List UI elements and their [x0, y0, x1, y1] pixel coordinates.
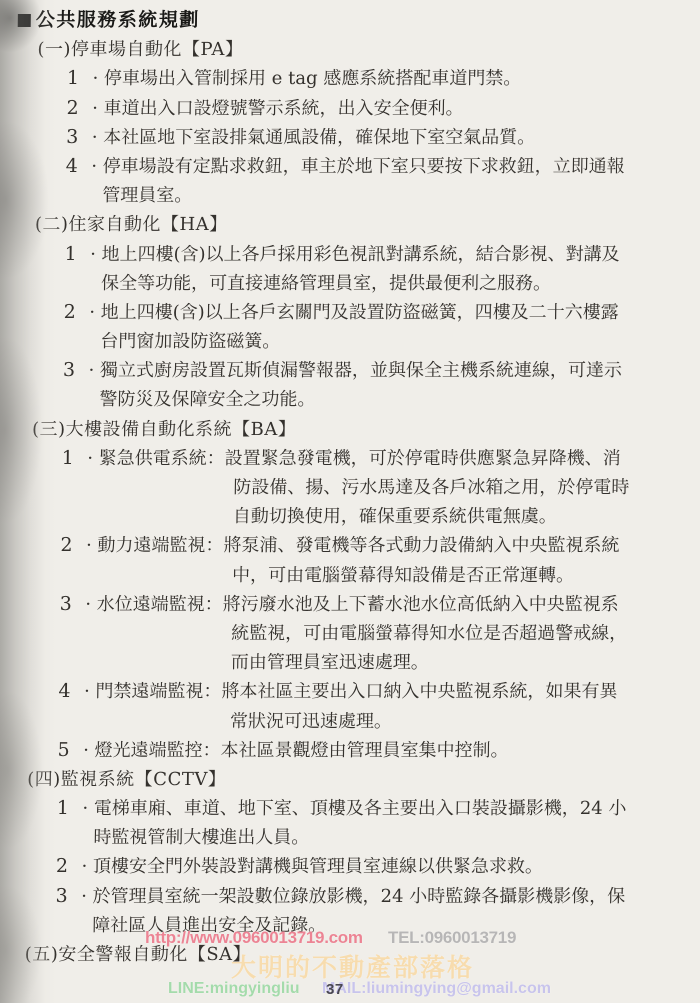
item-number: 1	[61, 444, 81, 473]
item-text: 防設備、揚、污水馬達及各戶冰箱之用，於停電時	[233, 477, 629, 498]
item-number: 1	[64, 240, 84, 269]
item-separator-dot: ·	[76, 852, 93, 881]
list-item: 4·停車場設有定點求救鈕，車主於地下室只要按下求救鈕，立即通報	[0, 152, 698, 181]
item-separator-dot: ·	[87, 64, 104, 93]
document-title-row: 公共服務系統規劃	[0, 6, 700, 35]
section-label: (四)監視系統【CCTV】	[27, 769, 226, 790]
item-separator-dot: ·	[77, 794, 94, 823]
continuation-line: 防設備、揚、污水馬達及各戶冰箱之用，於停電時	[0, 473, 693, 502]
continuation-line: 保全等功能，可直接連絡管理員室，提供最便利之服務。	[0, 269, 696, 298]
section-label: (一)停車場自動化【PA】	[37, 39, 243, 60]
item-text: 燈光遠端監控：本社區景觀燈由管理員室集中控制。	[94, 740, 508, 761]
list-item: 5·燈光遠端監控：本社區景觀燈由管理員室集中控制。	[0, 736, 690, 765]
list-item: 3·本社區地下室設排氣通風設備，確保地下室空氣品質。	[0, 123, 698, 152]
item-text: 本社區地下室設排氣通風設備，確保地下室空氣品質。	[103, 127, 535, 148]
page-title: 公共服務系統規劃	[36, 9, 200, 31]
item-text: 地上四樓(含)以上各戶採用彩色視訊對講系統，結合影視、對講及	[101, 244, 619, 265]
item-number: 1	[57, 794, 77, 823]
list-item: 2·動力遠端監視：將泵浦、發電機等各式動力設備納入中央監視系統	[0, 531, 693, 560]
list-item: 3·獨立式廚房設置瓦斯偵漏警報器，並與保全主機系統連線，可達示	[0, 356, 695, 385]
watermark-phone: TEL:0960013719	[388, 928, 516, 948]
item-number: 4	[66, 152, 86, 181]
item-text: 停車場出入管制採用 e tag 感應系統搭配車道門禁。	[104, 68, 522, 89]
item-separator-dot: ·	[86, 152, 103, 181]
continuation-line: 中，可由電腦螢幕得知設備是否正常運轉。	[0, 561, 692, 590]
item-separator-dot: ·	[80, 531, 97, 560]
item-text: 車道出入口設燈號警示系統，出入安全便利。	[103, 98, 463, 119]
item-separator-dot: ·	[77, 736, 94, 765]
item-separator-dot: ·	[78, 677, 95, 706]
item-number: 3	[55, 882, 75, 911]
item-separator-dot: ·	[84, 298, 101, 327]
item-text: 常狀況可迅速處理。	[230, 711, 392, 732]
item-text: 警防災及保障安全之功能。	[99, 389, 315, 410]
item-number: 5	[57, 736, 77, 765]
continuation-line: 警防災及保障安全之功能。	[0, 385, 695, 414]
section-label: (三)大樓設備自動化系統【BA】	[32, 419, 297, 440]
list-item: 1·緊急供電系統：設置緊急發電機，可於停電時供應緊急昇降機、消	[0, 444, 694, 473]
item-number: 1	[67, 64, 87, 93]
item-separator-dot: ·	[75, 882, 92, 911]
item-text: 門禁遠端監視：將本社區主要出入口納入中央監視系統，如果有異	[95, 681, 617, 702]
item-separator-dot: ·	[79, 590, 96, 619]
item-number: 2	[56, 852, 76, 881]
item-text: 電梯車廂、車道、地下室、頂樓及各主要出入口裝設攝影機，24 小	[94, 798, 627, 819]
section-heading: (四)監視系統【CCTV】	[0, 765, 689, 794]
item-text: 於管理員室統一架設數位錄放影機，24 小時監錄各攝影機影像，保	[92, 886, 625, 907]
item-text: 管理員室。	[102, 185, 192, 206]
item-text: 台門窗加設防盜磁簧。	[100, 331, 280, 352]
document-body: 公共服務系統規劃(一)停車場自動化【PA】1·停車場出入管制採用 e tag 感…	[0, 6, 700, 969]
section-heading: (一)停車場自動化【PA】	[0, 35, 700, 64]
item-text: 頂樓安全門外裝設對講機與管理員室連線以供緊急求救。	[93, 856, 543, 877]
watermark-line-id: LINE:mingyingliu	[168, 980, 300, 998]
section-heading: (三)大樓設備自動化系統【BA】	[0, 415, 694, 444]
item-text: 而由管理員室迅速處理。	[231, 652, 429, 673]
watermark-blog-name: 大明的不動產部落格	[231, 948, 474, 984]
square-bullet-icon	[18, 14, 31, 27]
item-text: 統監視，可由電腦螢幕得知水位是否超過警戒線，	[231, 623, 627, 644]
item-text: 動力遠端監視：將泵浦、發電機等各式動力設備納入中央監視系統	[97, 535, 619, 556]
continuation-line: 而由管理員室迅速處理。	[0, 648, 691, 677]
continuation-line: 統監視，可由電腦螢幕得知水位是否超過警戒線，	[0, 619, 691, 648]
item-text: 水位遠端監視：將污廢水池及上下蓄水池水位高低納入中央監視系	[96, 594, 618, 615]
item-number: 4	[58, 677, 78, 706]
item-text: 緊急供電系統：設置緊急發電機，可於停電時供應緊急昇降機、消	[99, 448, 621, 469]
list-item: 4·門禁遠端監視：將本社區主要出入口納入中央監視系統，如果有異	[0, 677, 691, 706]
continuation-line: 時監視管制大樓進出人員。	[0, 823, 689, 852]
item-text: 自動切換使用，確保重要系統供電無虞。	[233, 506, 557, 527]
item-number: 2	[60, 531, 80, 560]
list-item: 1·地上四樓(含)以上各戶採用彩色視訊對講系統，結合影視、對講及	[0, 240, 697, 269]
item-separator-dot: ·	[86, 123, 103, 152]
item-text: 地上四樓(含)以上各戶玄關門及設置防盜磁簧，四樓及二十六樓露	[101, 302, 619, 323]
section-heading: (二)住家自動化【HA】	[0, 210, 697, 239]
watermark-email: MAIL:liumingying@gmail.com	[322, 980, 551, 998]
scanned-document-page: 公共服務系統規劃(一)停車場自動化【PA】1·停車場出入管制採用 e tag 感…	[0, 0, 700, 1003]
list-item: 1·停車場出入管制採用 e tag 感應系統搭配車道門禁。	[0, 64, 699, 93]
watermark-url: http://www.0960013719.com	[145, 928, 363, 948]
item-text: 保全等功能，可直接連絡管理員室，提供最便利之服務。	[101, 273, 551, 294]
item-number: 3	[63, 356, 83, 385]
list-item: 3·於管理員室統一架設數位錄放影機，24 小時監錄各攝影機影像，保	[0, 882, 688, 911]
item-text: 時監視管制大樓進出人員。	[93, 827, 309, 848]
item-text: 獨立式廚房設置瓦斯偵漏警報器，並與保全主機系統連線，可達示	[100, 360, 622, 381]
item-separator-dot: ·	[84, 240, 101, 269]
item-separator-dot: ·	[83, 356, 100, 385]
page-number: 37	[326, 981, 344, 998]
list-item: 1·電梯車廂、車道、地下室、頂樓及各主要出入口裝設攝影機，24 小	[0, 794, 689, 823]
continuation-line: 台門窗加設防盜磁簧。	[0, 327, 696, 356]
continuation-line: 常狀況可迅速處理。	[0, 707, 690, 736]
list-item: 3·水位遠端監視：將污廢水池及上下蓄水池水位高低納入中央監視系	[0, 590, 692, 619]
item-text: 停車場設有定點求救鈕，車主於地下室只要按下求救鈕，立即通報	[103, 156, 625, 177]
list-item: 2·頂樓安全門外裝設對講機與管理員室連線以供緊急求救。	[0, 852, 688, 881]
continuation-line: 自動切換使用，確保重要系統供電無虞。	[0, 502, 693, 531]
list-item: 2·車道出入口設燈號警示系統，出入安全便利。	[0, 94, 699, 123]
item-separator-dot: ·	[81, 444, 98, 473]
item-separator-dot: ·	[86, 94, 103, 123]
item-number: 2	[64, 298, 84, 327]
list-item: 2·地上四樓(含)以上各戶玄關門及設置防盜磁簧，四樓及二十六樓露	[0, 298, 696, 327]
item-number: 2	[66, 94, 86, 123]
item-number: 3	[59, 590, 79, 619]
section-label: (二)住家自動化【HA】	[35, 214, 228, 235]
continuation-line: 管理員室。	[0, 181, 698, 210]
item-text: 中，可由電腦螢幕得知設備是否正常運轉。	[232, 565, 574, 586]
item-number: 3	[66, 123, 86, 152]
